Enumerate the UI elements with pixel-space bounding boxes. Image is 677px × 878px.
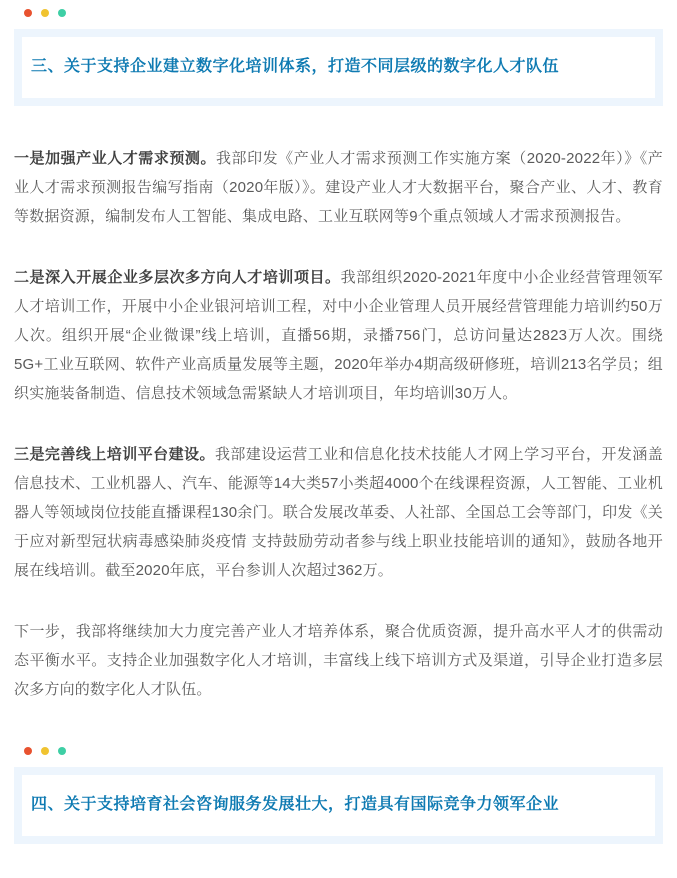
section-4-heading-box: 四、关于支持培育社会咨询服务发展壮大，打造具有国际竞争力领军企业 [14, 767, 663, 844]
paragraph-4-text: 下一步，我部将继续加大力度完善产业人才培养体系，聚合优质资源，提升高水平人才的供… [14, 623, 663, 698]
document-page: 三、关于支持企业建立数字化培训体系，打造不同层级的数字化人才队伍 一是加强产业人… [0, 0, 677, 878]
dot-teal [58, 747, 66, 755]
section-3-heading-box: 三、关于支持企业建立数字化培训体系，打造不同层级的数字化人才队伍 [14, 29, 663, 106]
decorative-dots-bottom [0, 747, 677, 755]
section-4: 四、关于支持培育社会咨询服务发展壮大，打造具有国际竞争力领军企业 [0, 747, 677, 844]
paragraph-2-lead: 二是深入开展企业多层次多方向人才培训项目。 [14, 269, 341, 286]
dot-red [24, 747, 32, 755]
dot-red [24, 9, 32, 17]
paragraph-3-text: 我部建设运营工业和信息化技术技能人才网上学习平台，开发涵盖信息技术、工业机器人、… [14, 446, 663, 579]
paragraph-3: 三是完善线上培训平台建设。我部建设运营工业和信息化技术技能人才网上学习平台，开发… [14, 440, 663, 585]
paragraph-4: 下一步，我部将继续加大力度完善产业人才培养体系，聚合优质资源，提升高水平人才的供… [14, 617, 663, 704]
section-3-heading: 三、关于支持企业建立数字化培训体系，打造不同层级的数字化人才队伍 [31, 57, 559, 78]
paragraph-2: 二是深入开展企业多层次多方向人才培训项目。我部组织2020-2021年度中小企业… [14, 263, 663, 408]
section-3: 三、关于支持企业建立数字化培训体系，打造不同层级的数字化人才队伍 一是加强产业人… [0, 9, 677, 704]
dot-yellow [41, 747, 49, 755]
dot-teal [58, 9, 66, 17]
section-4-heading: 四、关于支持培育社会咨询服务发展壮大，打造具有国际竞争力领军企业 [31, 795, 559, 816]
paragraph-1: 一是加强产业人才需求预测。我部印发《产业人才需求预测工作实施方案（2020-20… [14, 144, 663, 231]
decorative-dots-top [0, 9, 677, 17]
paragraph-2-text: 我部组织2020-2021年度中小企业经营管理领军人才培训工作，开展中小企业银河… [14, 269, 663, 402]
paragraph-1-lead: 一是加强产业人才需求预测。 [14, 150, 216, 167]
paragraph-3-lead: 三是完善线上培训平台建设。 [14, 446, 215, 463]
dot-yellow [41, 9, 49, 17]
